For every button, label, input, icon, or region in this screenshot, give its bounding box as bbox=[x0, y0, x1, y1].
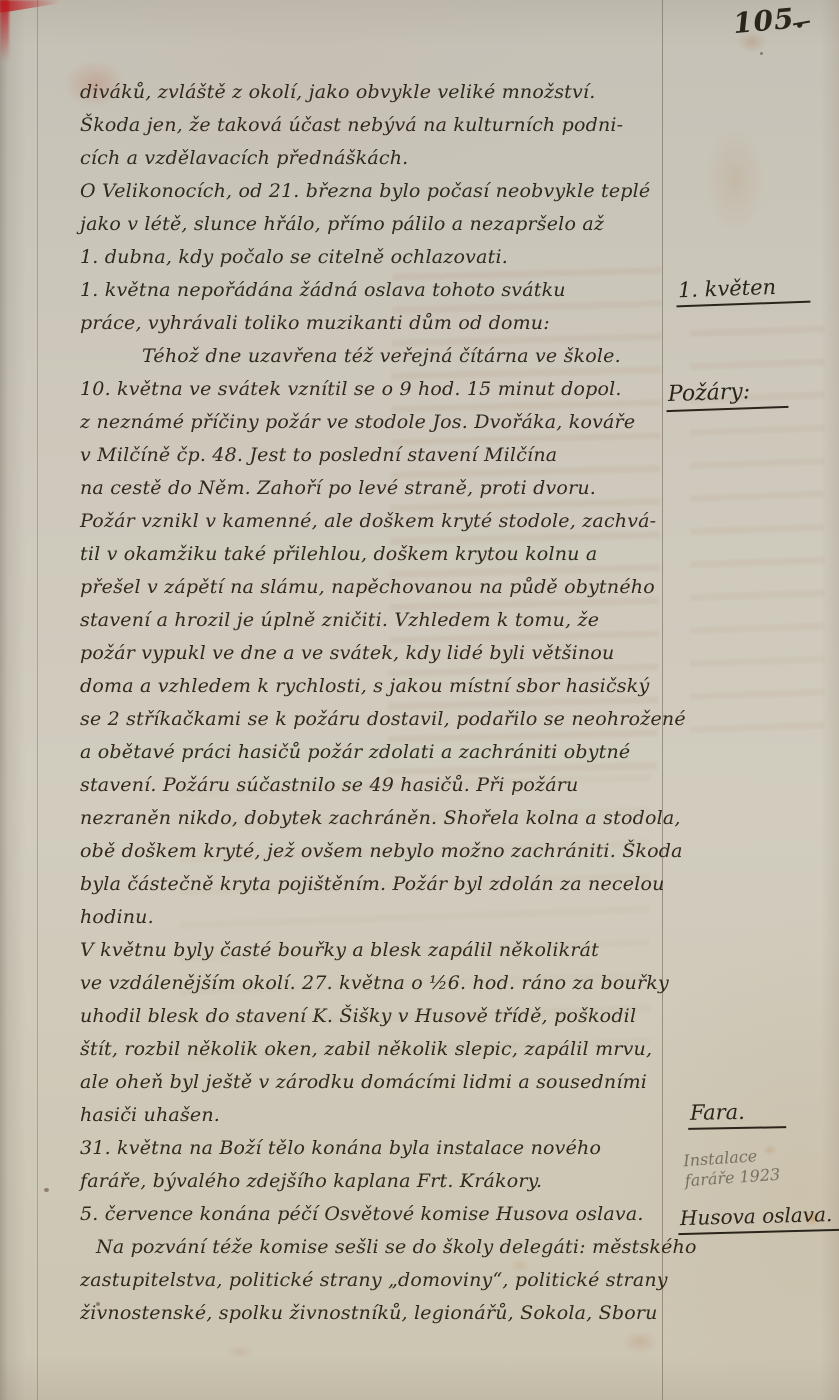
manuscript-line: práce, vyhrávali toliko muzikanti dům od… bbox=[80, 307, 676, 340]
page-number: 105. bbox=[732, 1, 807, 40]
manuscript-line: na cestě do Něm. Zahoří po levé straně, … bbox=[80, 472, 676, 505]
manuscript-line: cích a vzdělavacích přednáškách. bbox=[80, 142, 676, 175]
manuscript-line: 31. května na Boží tělo konána byla inst… bbox=[80, 1132, 676, 1165]
manuscript-line: Téhož dne uzavřena též veřejná čítárna v… bbox=[80, 340, 676, 373]
margin-note-pozary: Požáry: bbox=[666, 378, 789, 412]
scan-edge-red-mark-top bbox=[0, 0, 60, 13]
manuscript-line: Požár vznikl v kamenné, ale doškem kryté… bbox=[80, 505, 676, 538]
manuscript-line: V květnu byly časté bouřky a blesk zapál… bbox=[80, 934, 676, 967]
margin-note-fara: Fara. bbox=[688, 1099, 786, 1130]
manuscript-line: v Milčíně čp. 48. Jest to poslední stave… bbox=[80, 439, 676, 472]
manuscript-line: Na pozvání téže komise sešli se do školy… bbox=[80, 1231, 676, 1264]
manuscript-line: stavení a hrozil je úplně zničiti. Vzhle… bbox=[80, 604, 676, 637]
margin-note-label: 1. květen bbox=[676, 274, 811, 308]
manuscript-line: diváků, zvláště z okolí, jako obvykle ve… bbox=[80, 76, 676, 109]
manuscript-line: nezraněn nikdo, dobytek zachráněn. Shoře… bbox=[80, 802, 676, 835]
manuscript-line: požár vypukl ve dne a ve svátek, kdy lid… bbox=[80, 637, 676, 670]
margin-note-1-kveten: 1. květen bbox=[676, 274, 811, 308]
manuscript-line: z neznámé příčiny požár ve stodole Jos. … bbox=[80, 406, 676, 439]
manuscript-line: til v okamžiku také přilehlou, doškem kr… bbox=[80, 538, 676, 571]
chronicle-page: 105. diváků, zvláště z okolí, jako obvyk… bbox=[0, 0, 839, 1400]
manuscript-line: 5. července konána péčí Osvětové komise … bbox=[80, 1198, 676, 1231]
manuscript-line: Škoda jen, že taková účast nebývá na kul… bbox=[80, 109, 676, 142]
manuscript-line: faráře, bývalého zdejšího kaplana Frt. K… bbox=[80, 1165, 676, 1198]
margin-note-label: Fara. bbox=[688, 1099, 786, 1130]
ink-speck bbox=[760, 52, 763, 55]
scan-edge-red-mark-left bbox=[0, 0, 9, 62]
manuscript-line: a obětavé práci hasičů požár zdolati a z… bbox=[80, 736, 676, 769]
manuscript-line: byla částečně kryta pojištěním. Požár by… bbox=[80, 868, 676, 901]
margin-note-label: Husova oslava. bbox=[678, 1202, 839, 1235]
bleedthrough-texture bbox=[690, 310, 825, 740]
manuscript-line: živnostenské, spolku živnostníků, legion… bbox=[80, 1297, 676, 1330]
manuscript-line: 1. května nepořádána žádná oslava tohoto… bbox=[80, 274, 676, 307]
manuscript-line: zastupitelstva, politické strany „domovi… bbox=[80, 1264, 676, 1297]
manuscript-line: O Velikonocích, od 21. března bylo počas… bbox=[80, 175, 676, 208]
margin-note-label: Požáry: bbox=[666, 378, 789, 412]
margin-note-husova-oslava: Husova oslava. bbox=[678, 1202, 839, 1235]
manuscript-line: 10. května ve svátek vznítil se o 9 hod.… bbox=[80, 373, 676, 406]
manuscript-line: stavení. Požáru súčastnilo se 49 hasičů.… bbox=[80, 769, 676, 802]
left-margin-crease-line bbox=[37, 0, 38, 1400]
manuscript-line: štít, rozbil několik oken, zabil několik… bbox=[80, 1033, 676, 1066]
ink-speck bbox=[44, 1188, 49, 1192]
manuscript-line: 1. dubna, kdy počalo se citelně ochlazov… bbox=[80, 241, 676, 274]
manuscript-line: doma a vzhledem k rychlosti, s jakou mís… bbox=[80, 670, 676, 703]
manuscript-line: přešel v zápětí na slámu, napěchovanou n… bbox=[80, 571, 676, 604]
manuscript-line: hodinu. bbox=[80, 901, 676, 934]
manuscript-line: obě doškem kryté, jež ovšem nebylo možno… bbox=[80, 835, 676, 868]
margin-note-pencil-instalace: Instalace faráře 1923 bbox=[683, 1145, 781, 1192]
manuscript-line: jako v létě, slunce hřálo, přímo pálilo … bbox=[80, 208, 676, 241]
manuscript-line: uhodil blesk do stavení K. Šišky v Husov… bbox=[80, 1000, 676, 1033]
manuscript-line: ve vzdálenějším okolí. 27. května o ½6. … bbox=[80, 967, 676, 1000]
manuscript-text: diváků, zvláště z okolí, jako obvykle ve… bbox=[80, 76, 676, 1330]
manuscript-line: se 2 stříkačkami se k požáru dostavil, p… bbox=[80, 703, 676, 736]
manuscript-line: ale oheň byl ještě v zárodku domácími li… bbox=[80, 1066, 676, 1099]
manuscript-line: hasiči uhašen. bbox=[80, 1099, 676, 1132]
